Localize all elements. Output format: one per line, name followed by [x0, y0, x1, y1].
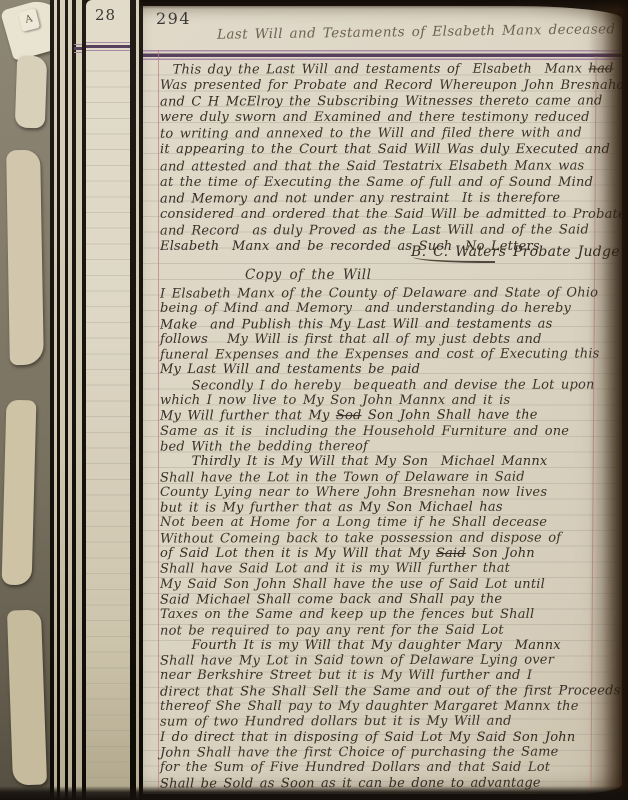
- handwritten-line: being of Mind and Memory and understandi…: [160, 301, 612, 316]
- handwritten-line: and Memory and not under any restraint I…: [160, 190, 612, 207]
- handwritten-line: My Will further that My Sod Son John Sha…: [160, 408, 612, 424]
- handwritten-line: Shall be Sold as Soon as it can be done …: [160, 775, 612, 791]
- handwritten-line: Same as it is including the Household Fu…: [160, 424, 612, 439]
- handwritten-line: but it is My further that as My Son Mich…: [160, 500, 612, 516]
- handwritten-line: direct that She Shall Sell the Same and …: [160, 683, 612, 699]
- handwritten-line: Said Michael Shall come back and Shall p…: [160, 591, 612, 607]
- judge-signature: B. C. Waters Probate Judge: [411, 244, 620, 260]
- handwritten-line: Without Comeing back to take possession …: [160, 530, 612, 546]
- handwritten-line: near Berkshire Street but it is My Will …: [160, 668, 612, 683]
- handwritten-line: Fourth It is my Will that My daughter Ma…: [160, 638, 612, 653]
- handwritten-line: Make and Publish this My Last Will and t…: [160, 316, 612, 332]
- handwritten-line: I Elsabeth Manx of the County of Delawar…: [160, 285, 612, 301]
- ruled-lines: [86, 56, 130, 790]
- handwritten-line: Secondly I do hereby bequeath and devise…: [160, 377, 612, 393]
- handwritten-line: Taxes on the Same and keep up the fences…: [160, 607, 612, 622]
- header-rule: [86, 42, 130, 51]
- handwritten-line: Thirdly It is My Will that My Son Michae…: [160, 454, 612, 469]
- torn-page-fragment: [15, 55, 47, 128]
- handwritten-line: funeral Expenses and the Expenses and co…: [160, 347, 612, 363]
- handwritten-line: County Lying near to Where John Bresneha…: [160, 485, 612, 500]
- handwritten-line: This day the Last Will and testaments of…: [160, 61, 612, 78]
- handwritten-line: My Said Son John Shall have the use of S…: [160, 577, 612, 592]
- handwritten-line: and C H McElroy the Subscribing Witnesse…: [160, 94, 612, 111]
- torn-page-fragment: [7, 609, 47, 785]
- handwritten-line: Shall have Said Lot and it is my Will fu…: [160, 561, 612, 577]
- handwritten-line: of Said Lot then it is My Will that My S…: [160, 546, 612, 561]
- header-rule: [143, 50, 622, 60]
- entry-title: Last Will and Testaments of Elsabeth Man…: [217, 21, 617, 43]
- handwritten-line: John Shall have the first Choice of purc…: [160, 744, 612, 760]
- handwritten-line: follows My Will is first that all of my …: [160, 332, 612, 347]
- handwritten-line: considered and ordered that the Said Wil…: [160, 207, 612, 223]
- handwritten-line: I do direct that in disposing of Said Lo…: [160, 730, 612, 745]
- will-section-heading: Copy of the Will: [245, 267, 371, 283]
- handwritten-line: it appearing to the Court that Said Will…: [160, 142, 612, 158]
- handwritten-line: Shall have My Lot in Said town of Delawa…: [160, 653, 612, 669]
- torn-page-fragment: [2, 400, 37, 586]
- handwritten-line: for the Sum of Five Hundred Dollars and …: [160, 760, 612, 775]
- handwritten-line: sum of two Hundred dollars but it is My …: [160, 714, 612, 730]
- handwritten-line: and Record as duly Proved as the Last Wi…: [160, 222, 612, 239]
- handwritten-line: Shall have the Lot in the Town of Delawa…: [160, 469, 612, 485]
- handwritten-line: to writing and annexed to the Will and f…: [160, 126, 612, 143]
- handwritten-line: and attested and that the Said Testatrix…: [160, 158, 612, 175]
- handwritten-line: Was presented for Probate and Record Whe…: [160, 78, 612, 94]
- torn-page-fragment: [6, 150, 44, 366]
- previous-page-edge: 28: [86, 0, 130, 800]
- handwritten-line: bed With the bedding thereof: [160, 438, 612, 454]
- handwritten-line: thereof She Shall pay to My daughter Mar…: [160, 699, 612, 714]
- handwritten-line: which I now live to My Son John Mannx an…: [160, 393, 612, 408]
- will-body-text: I Elsabeth Manx of the County of Delawar…: [160, 286, 612, 791]
- ledger-page: 294 Last Will and Testaments of Elsabeth…: [143, 6, 622, 794]
- page-number: 294: [156, 9, 191, 28]
- handwritten-line: not be required to pay any rent for the …: [160, 622, 612, 638]
- handwritten-line: were duly sworn and Examined and there t…: [160, 110, 612, 126]
- left-margin-line: [158, 50, 159, 794]
- handwritten-line: My Last Will and testaments be paid: [160, 362, 612, 377]
- probate-entry-text: This day the Last Will and testaments of…: [160, 62, 612, 255]
- handwritten-line: Not been at Home for a Long time if he S…: [160, 515, 612, 530]
- previous-page-number: 28: [95, 6, 116, 24]
- handwritten-line: at the time of Executing the Same of ful…: [160, 175, 612, 191]
